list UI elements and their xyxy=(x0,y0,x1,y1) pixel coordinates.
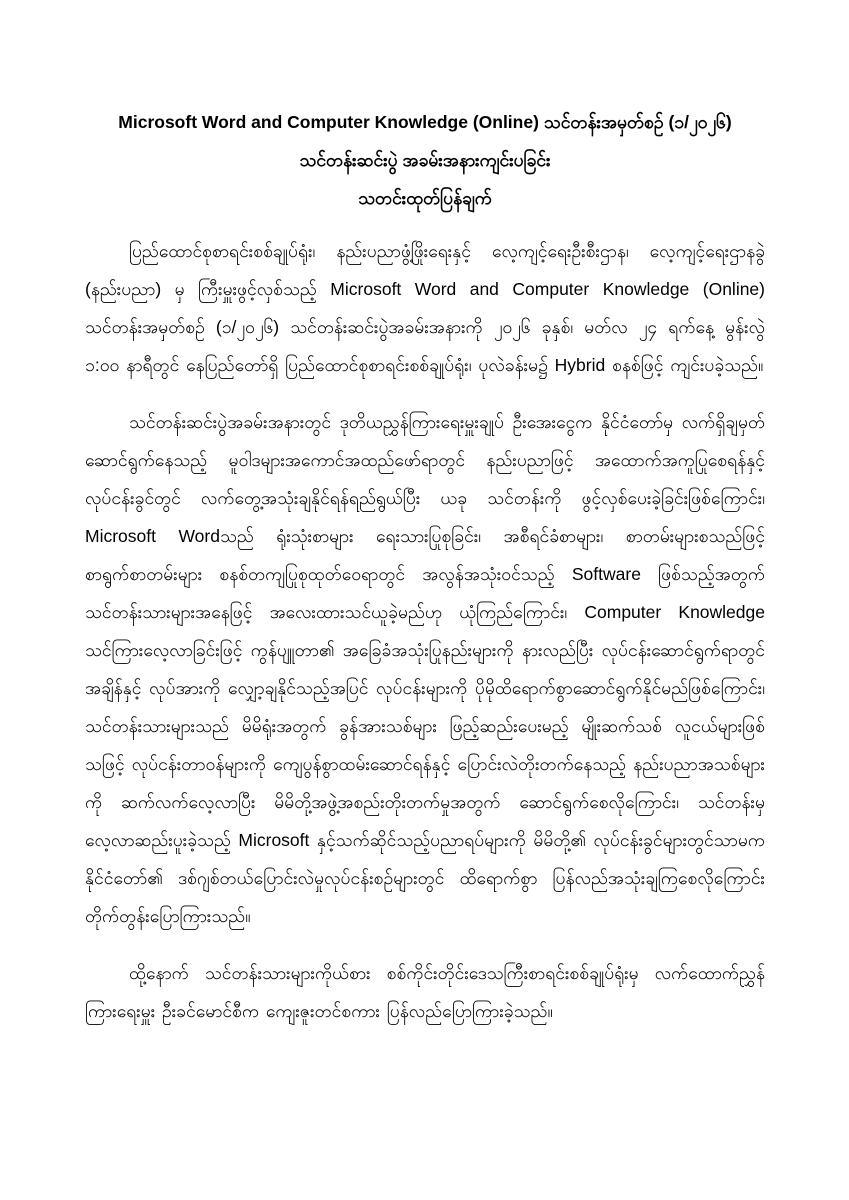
title-line-ceremony: သင်တန်းဆင်းပွဲ အခမ်းအနားကျင်းပခြင်း xyxy=(85,141,765,179)
title-line-course-name: Microsoft Word and Computer Knowledge (O… xyxy=(85,103,765,141)
document-title: Microsoft Word and Computer Knowledge (O… xyxy=(85,103,765,217)
title-line-press-release: သတင်းထုတ်ပြန်ချက် xyxy=(85,179,765,217)
document-page: Microsoft Word and Computer Knowledge (O… xyxy=(0,0,849,1200)
paragraph-speech-summary: သင်တန်းဆင်းပွဲအခမ်းအနားတွင် ဒုတိယညွှန်ကြ… xyxy=(85,403,765,935)
paragraph-event-details: ပြည်ထောင်စုစာရင်းစစ်ချုပ်ရုံး၊ နည်းပညာဖွ… xyxy=(85,232,765,384)
paragraph-thanks-speech: ထို့နောက် သင်တန်းသားများကိုယ်စား စစ်ကိုင… xyxy=(85,954,765,1030)
